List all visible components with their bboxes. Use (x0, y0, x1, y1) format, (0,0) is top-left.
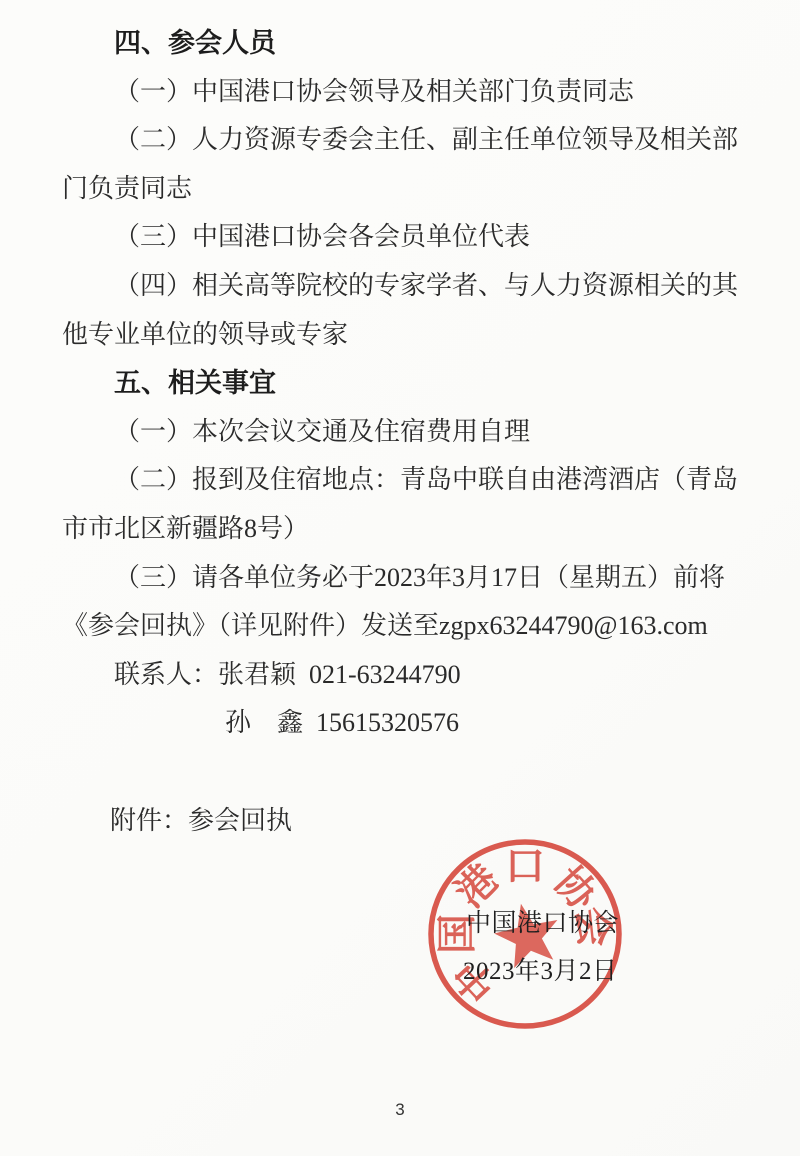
signature-organization: 中国港口协会 (466, 903, 619, 939)
seal-char: 口 (505, 844, 545, 889)
doc-line: 《参会回执》（详见附件）发送至zgpx63244790@163.com (62, 602, 738, 651)
doc-line: 他专业单位的领导或专家 (62, 311, 738, 360)
signature-date: 2023年3月2日 (463, 951, 618, 987)
doc-line: 五、相关事宜 (62, 359, 738, 408)
document-page: 四、参会人员（一）中国港口协会领导及相关部门负责同志（二）人力资源专委会主任、副… (0, 0, 800, 1156)
page-number: 3 (0, 1100, 800, 1120)
doc-line: （二）报到及住宿地点：青岛中联自由港湾酒店（青岛 (62, 456, 738, 505)
doc-line: （一）中国港口协会领导及相关部门负责同志 (62, 68, 738, 117)
doc-line: （四）相关高等院校的专家学者、与人力资源相关的其 (62, 262, 738, 311)
doc-line (62, 748, 738, 797)
doc-line: （一）本次会议交通及住宿费用自理 (62, 408, 738, 457)
doc-line: （二）人力资源专委会主任、副主任单位领导及相关部 (62, 116, 738, 165)
doc-line: （三）中国港口协会各会员单位代表 (62, 213, 738, 262)
doc-line: 孙 鑫 15615320576 (62, 699, 738, 748)
document-body: 四、参会人员（一）中国港口协会领导及相关部门负责同志（二）人力资源专委会主任、副… (62, 19, 738, 845)
doc-line: （三）请各单位务必于2023年3月17日（星期五）前将 (62, 554, 738, 603)
doc-line: 联系人：张君颖 021-63244790 (62, 651, 738, 700)
doc-line: 四、参会人员 (62, 19, 738, 68)
doc-line: 门负责同志 (62, 165, 738, 214)
doc-line: 市市北区新疆路8号） (62, 505, 738, 554)
